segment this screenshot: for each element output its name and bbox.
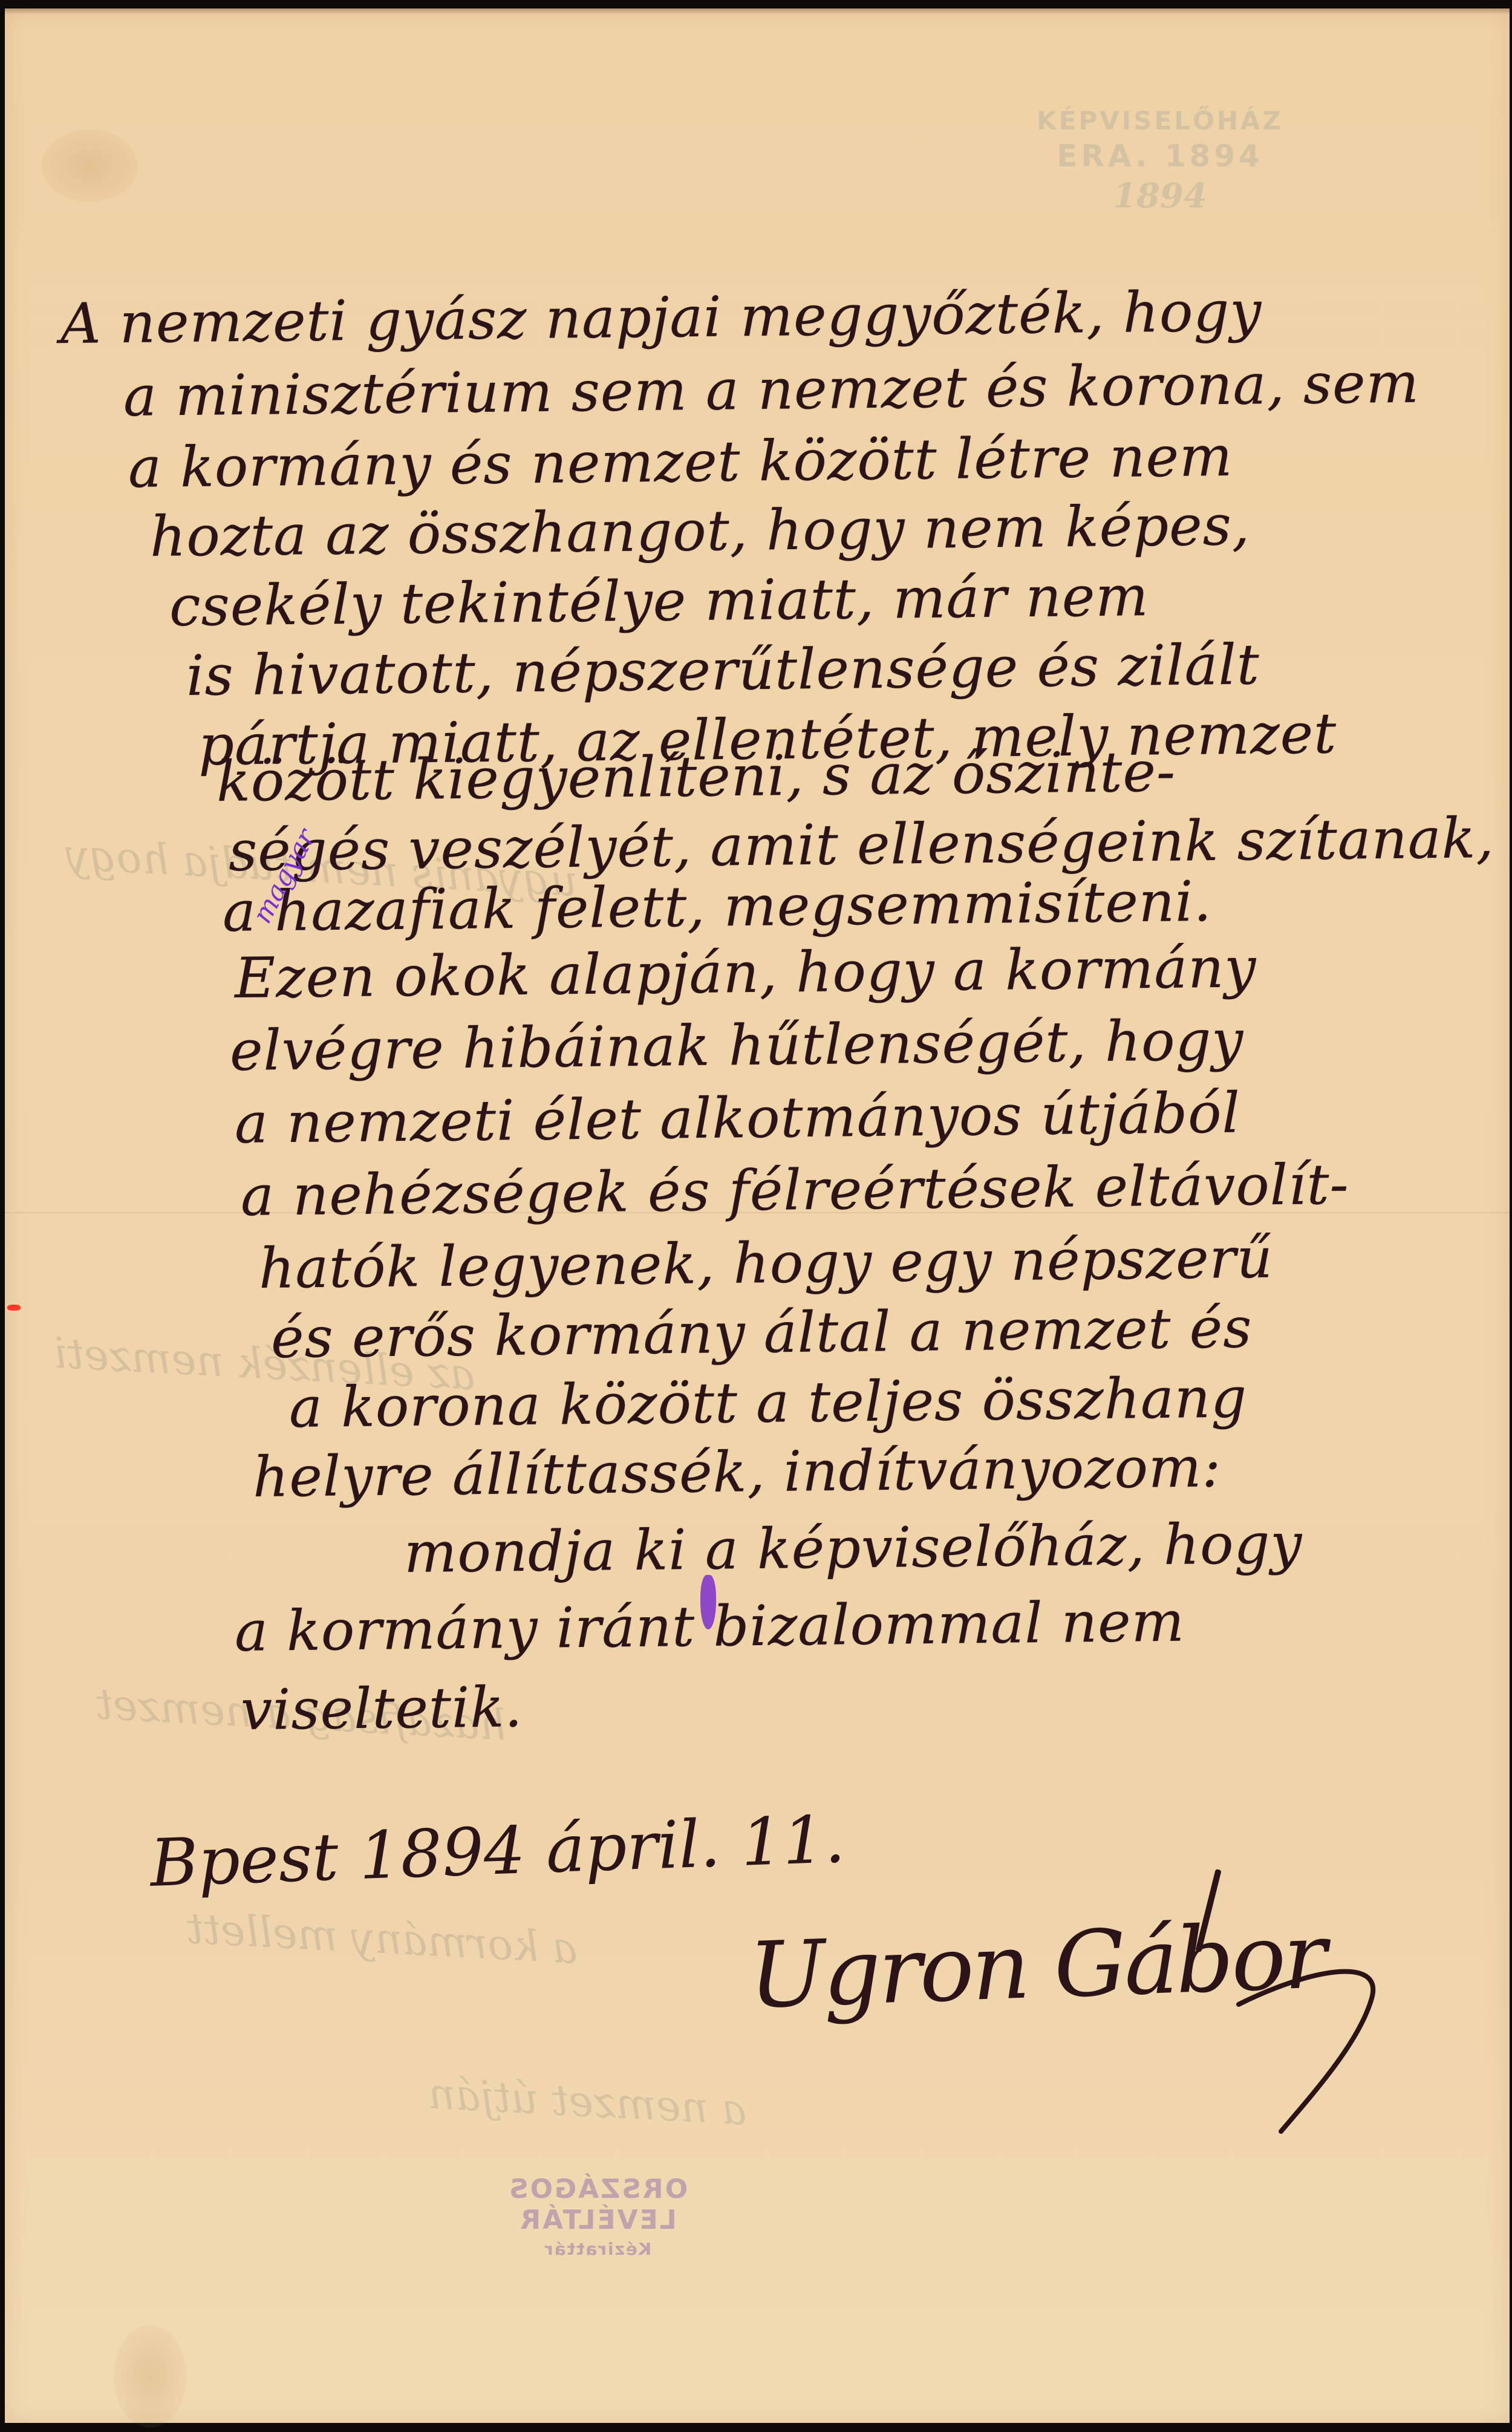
manuscript-line: a hazafiak felett, megsemmisíteni. (222, 869, 1212, 944)
manuscript-line: a kormány és nemzet között létre nem (128, 424, 1233, 500)
manuscript-line: elvégre hibáinak hűtlenségét, hogy (229, 1008, 1243, 1083)
archive-stamp-bottom: ORSZÁGOS LEVÉLTÁR Kézirattár (458, 2174, 737, 2259)
manuscript-line: hozta az összhangot, hogy nem képes, (149, 493, 1250, 569)
manuscript-line: a minisztérium sem a nemzet és korona, s… (123, 351, 1419, 429)
date-line: Bpest 1894 ápril. 11. (149, 1802, 846, 1902)
purple-ink-mark (700, 1575, 716, 1629)
manuscript-line: mondja ki a képviselőház, hogy (403, 1511, 1302, 1585)
manuscript-line: Ezen okok alapján, hogy a kormány (234, 935, 1257, 1011)
manuscript-line: ségés veszélyét, amit ellenségeink szíta… (228, 806, 1494, 884)
manuscript-body: A nemzeti gyász napjai meggyőzték, hogy … (5, 8, 1510, 2423)
stamp-line: Kézirattár (458, 2239, 737, 2259)
manuscript-line: helyre állíttassék, indítványozom: (252, 1435, 1221, 1510)
manuscript-line: és erős kormány által a nemzet és (270, 1296, 1252, 1371)
manuscript-line: a nemzeti élet alkotmányos útjából (234, 1081, 1240, 1156)
manuscript-line: a nehézségek és félreértések eltávolít- (240, 1152, 1349, 1228)
stamp-line: ORSZÁGOS LEVÉLTÁR (458, 2174, 737, 2235)
signature-flourish-icon (1227, 1932, 1396, 2137)
manuscript-line: hatók legyenek, hogy egy népszerű (258, 1225, 1273, 1301)
manuscript-line: csekély tekintélye miatt, már nem (169, 564, 1149, 639)
manuscript-line: A nemzeti gyász napjai meggyőzték, hogy (60, 279, 1262, 356)
manuscript-line: a korona között a teljes összhang (288, 1365, 1247, 1440)
manuscript-line: viseltetik. (240, 1675, 523, 1742)
manuscript-line: is hivatott, népszerűtlensége és zilált (186, 632, 1260, 708)
manuscript-line: között kiegyenlíteni, s az őszinte- (216, 739, 1176, 814)
document-page: KÉPVISELŐHÁZ ERA. 1894 1894 ugyanis nem … (5, 8, 1510, 2423)
